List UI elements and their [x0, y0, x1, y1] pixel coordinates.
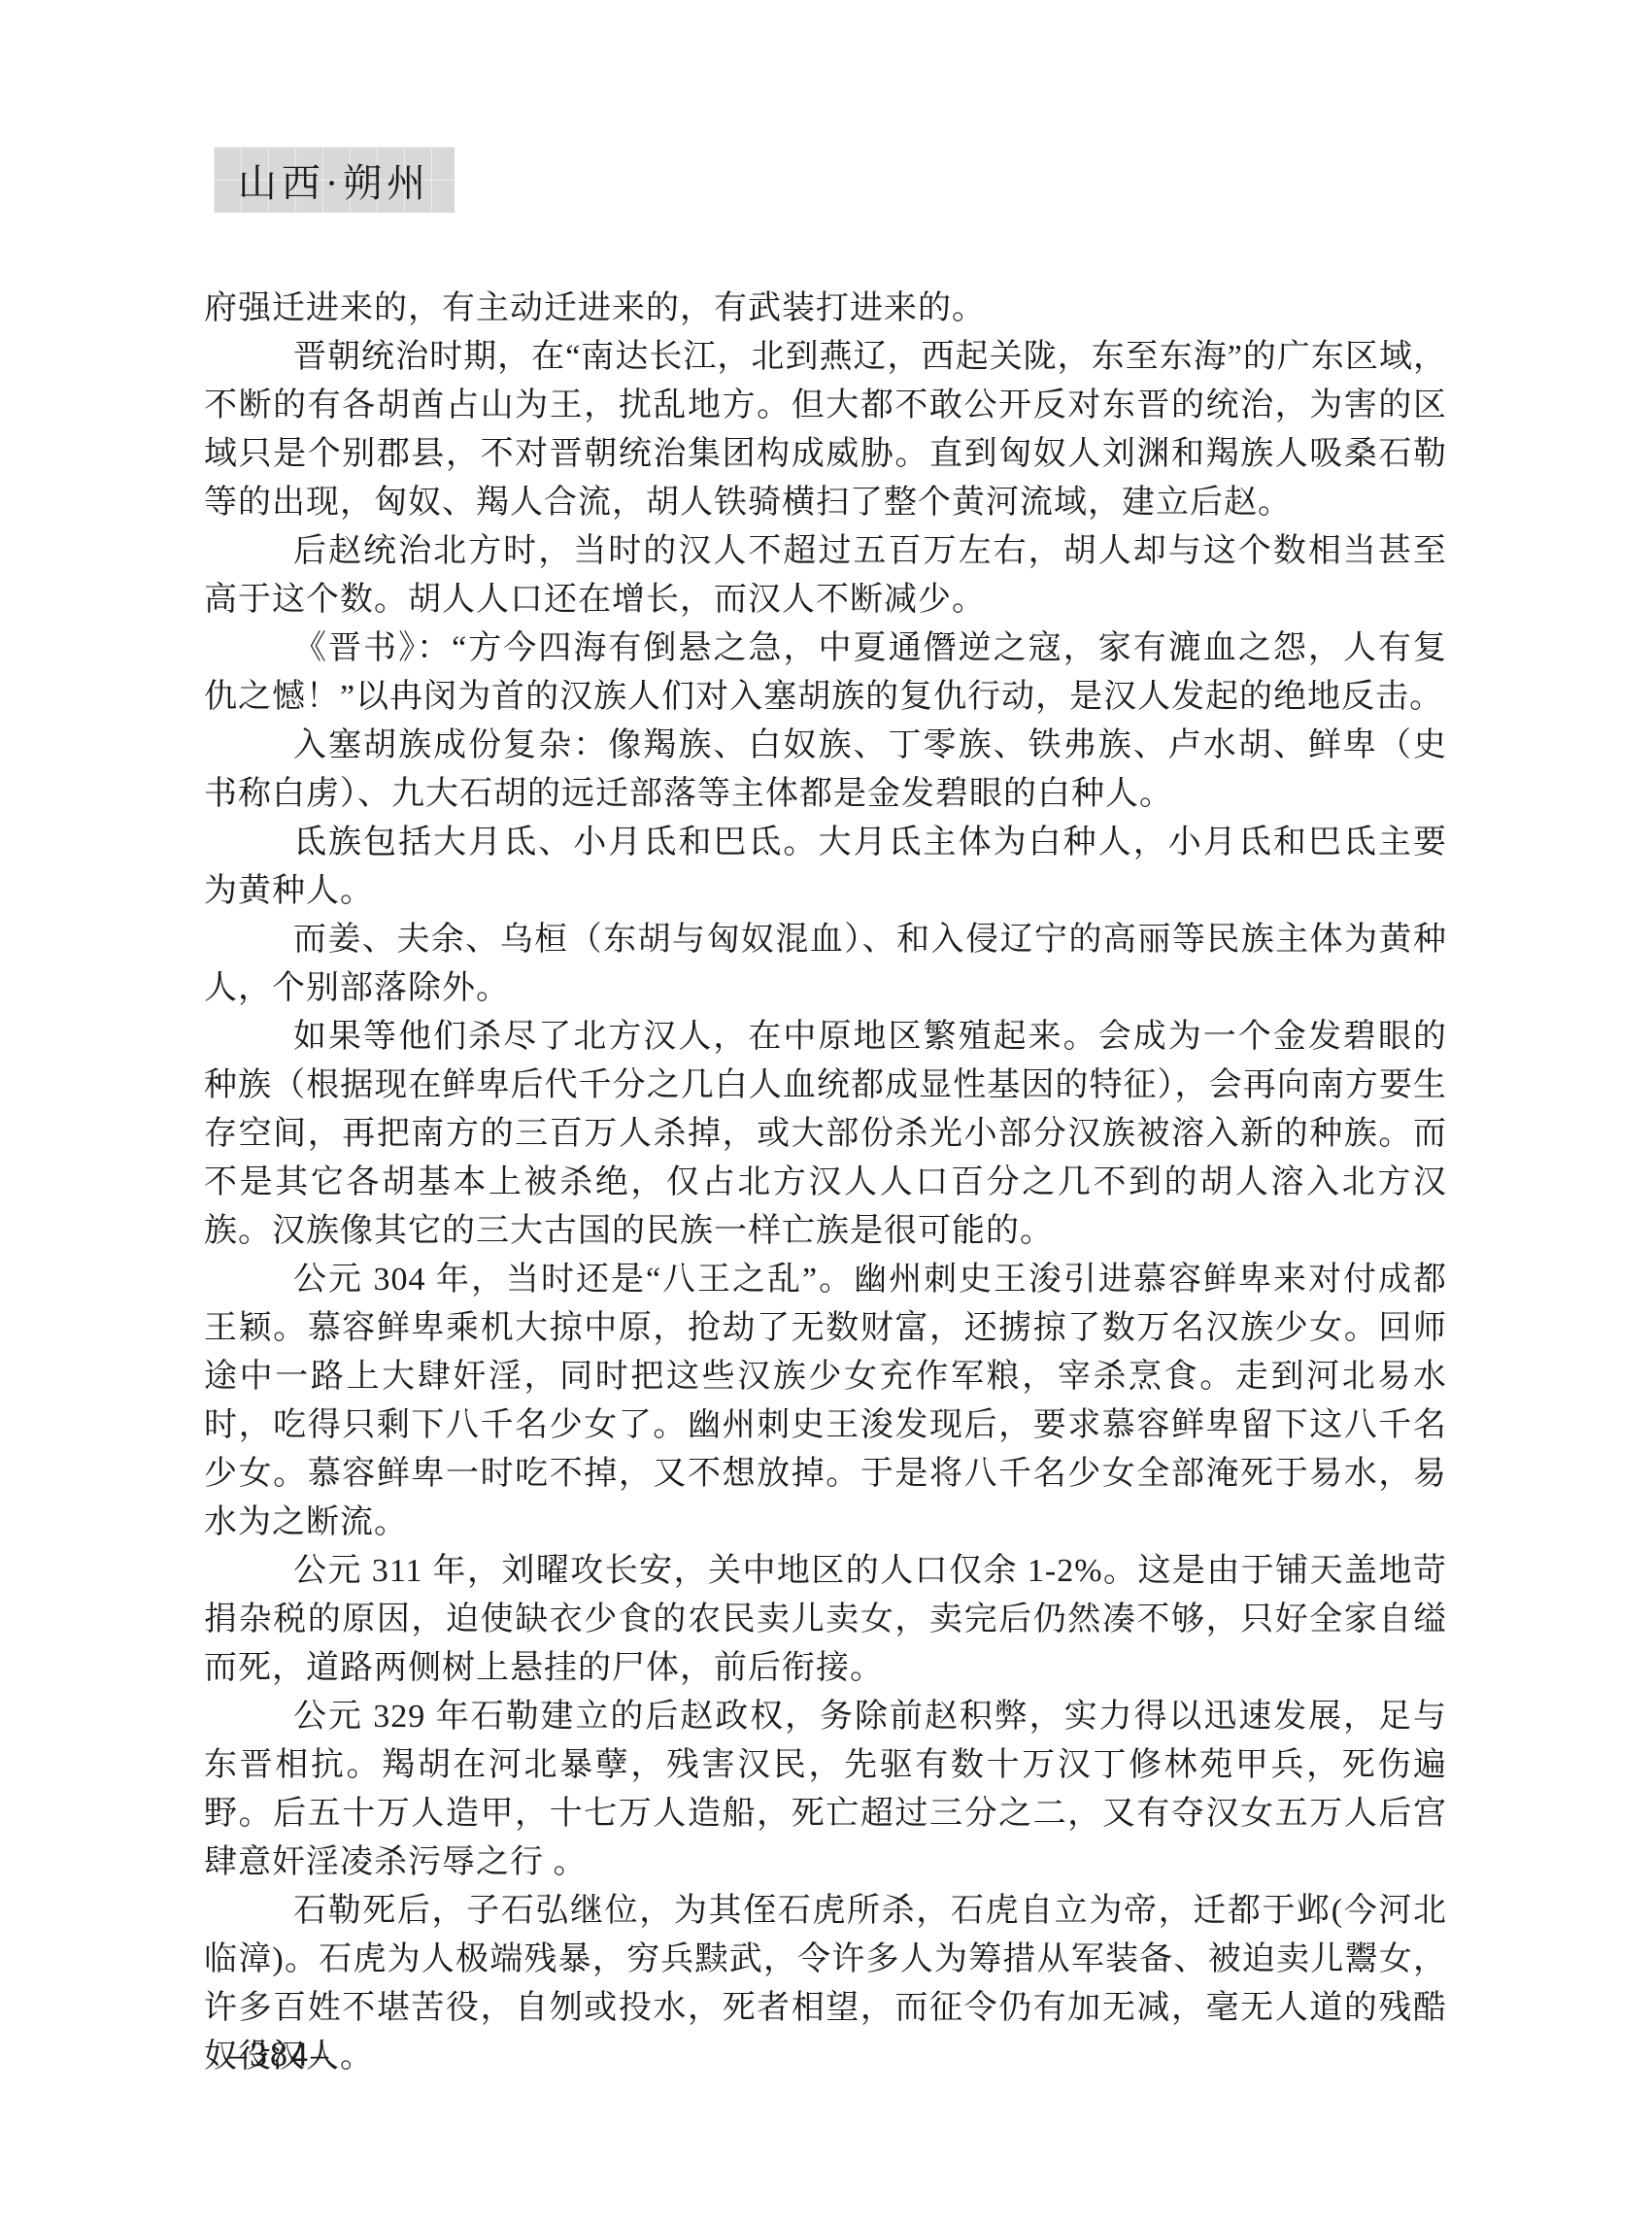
region-header-badge: 山西·朔州 [214, 147, 455, 213]
paragraph: 石勒死后，子石弘继位，为其侄石虎所杀，石虎自立为帝，迁都于邺(今河北临漳)。石虎… [204, 1887, 1447, 2081]
paragraph: 晋朝统治时期，在“南达长江，北到燕辽，西起关陇，东至东海”的广东区域，不断的有各… [204, 333, 1447, 527]
book-page: 山西·朔州 府强迁进来的，有主动迁进来的，有武装打进来的。晋朝统治时期，在“南达… [0, 0, 1652, 2226]
region-header-label: 山西·朔州 [238, 152, 430, 208]
paragraph: 后赵统治北方时，当时的汉人不超过五百万左右，胡人却与这个数相当甚至高于这个数。胡… [204, 527, 1447, 624]
paragraph: 公元 304 年，当时还是“八王之乱”。幽州刺史王浚引进慕容鲜卑来对付成都王颖。… [204, 1256, 1447, 1547]
paragraph: 如果等他们杀尽了北方汉人，在中原地区繁殖起来。会成为一个金发碧眼的种族（根据现在… [204, 1013, 1447, 1256]
paragraph: 府强迁进来的，有主动迁进来的，有武装打进来的。 [204, 285, 1447, 333]
paragraph: 公元 311 年，刘曜攻长安，关中地区的人口仅余 1-2%。这是由于铺天盖地苛捐… [204, 1547, 1447, 1693]
paragraph: 氐族包括大月氐、小月氐和巴氐。大月氐主体为白种人，小月氐和巴氐主要为黄种人。 [204, 819, 1447, 916]
paragraph: 而姜、夫余、乌桓（东胡与匈奴混血）、和入侵辽宁的高丽等民族主体为黄种人，个别部落… [204, 916, 1447, 1013]
paragraph: 入塞胡族成份复杂：像羯族、白奴族、丁零族、铁弗族、卢水胡、鲜卑（史书称白虏）、九… [204, 722, 1447, 819]
body-text-column: 府强迁进来的，有主动迁进来的，有武装打进来的。晋朝统治时期，在“南达长江，北到燕… [204, 285, 1447, 2081]
paragraph: 公元 329 年石勒建立的后赵政权，务除前赵积弊，实力得以迅速发展，足与东晋相抗… [204, 1693, 1447, 1887]
paragraph: 《晋书》：“方今四海有倒悬之急，中夏通僭逆之寇，家有漉血之怨，人有复仇之憾！”以… [204, 624, 1447, 722]
page-number: –384– [229, 2034, 331, 2074]
